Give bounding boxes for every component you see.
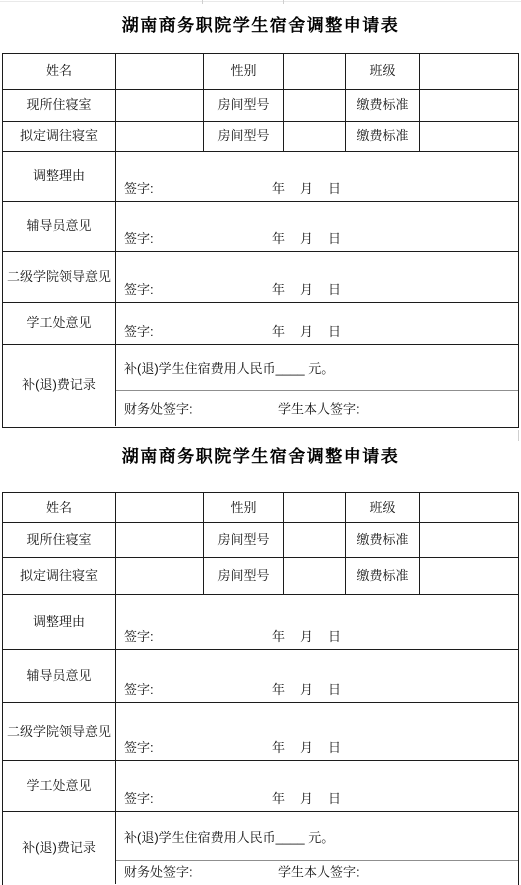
application-form-table: 姓名 性别 班级 现所住寝室 房间型号 缴费标准 拟定调往寝室 房间型号 缴费标… (2, 492, 519, 885)
room-type-value-cell[interactable] (284, 90, 346, 121)
target-dorm-value-cell[interactable] (116, 558, 204, 594)
adjust-reason-label: 调整理由 (3, 152, 116, 201)
signature-line: 签字: 年 月 日 (124, 181, 510, 197)
counselor-opinion-label: 辅导员意见 (3, 202, 116, 251)
table-row: 二级学院领导意见 签字: 年 月 日 (3, 703, 518, 761)
fee-standard-value-cell[interactable] (420, 90, 518, 121)
gender-value-cell[interactable] (284, 54, 346, 89)
current-dorm-label: 现所住寝室 (3, 90, 116, 121)
fee-record-label: 补(退)费记录 (3, 812, 116, 884)
target-dorm-label: 拟定调往寝室 (3, 122, 116, 151)
sign-label: 签字: (124, 282, 154, 298)
sign-label: 签字: (124, 740, 154, 756)
sign-label: 签字: (124, 629, 154, 645)
fee-standard-label: 缴费标准 (346, 90, 420, 121)
fee-standard-label: 缴费标准 (346, 558, 420, 594)
counselor-opinion-input-area[interactable]: 签字: 年 月 日 (116, 202, 518, 251)
fee-amount-line[interactable]: 补(退)学生住宿费用人民币____ 元。 (116, 345, 518, 391)
date-placeholder: 年 月 日 (272, 324, 342, 340)
fee-standard-label: 缴费标准 (346, 122, 420, 151)
current-dorm-value-cell[interactable] (116, 523, 204, 557)
table-row: 拟定调往寝室 房间型号 缴费标准 (3, 122, 518, 152)
sign-label: 签字: (124, 791, 154, 807)
date-placeholder: 年 月 日 (272, 282, 342, 298)
name-label: 姓名 (3, 54, 116, 89)
finance-sign-label: 财务处签字: (124, 399, 193, 418)
class-label: 班级 (346, 54, 420, 89)
date-placeholder: 年 月 日 (272, 231, 342, 247)
room-type-value-cell[interactable] (284, 558, 346, 594)
table-row: 辅导员意见 签字: 年 月 日 (3, 202, 518, 252)
signature-line: 签字: 年 月 日 (124, 282, 510, 298)
date-placeholder: 年 月 日 (272, 682, 342, 698)
date-placeholder: 年 月 日 (272, 791, 342, 807)
counselor-opinion-input-area[interactable]: 签字: 年 月 日 (116, 650, 518, 702)
fee-standard-value-cell[interactable] (420, 558, 518, 594)
class-value-cell[interactable] (420, 54, 518, 89)
signature-line: 签字: 年 月 日 (124, 740, 510, 756)
class-label: 班级 (346, 493, 420, 522)
gridline-tick (202, 0, 203, 4)
student-affairs-opinion-input-area[interactable]: 签字: 年 月 日 (116, 303, 518, 344)
table-row: 学工处意见 签字: 年 月 日 (3, 761, 518, 812)
document-page: 湖南商务职院学生宿舍调整申请表 姓名 性别 班级 现所住寝室 房间型号 缴费标准… (0, 0, 521, 885)
adjust-reason-input-area[interactable]: 签字: 年 月 日 (116, 595, 518, 649)
date-placeholder: 年 月 日 (272, 629, 342, 645)
adjust-reason-label: 调整理由 (3, 595, 116, 649)
fee-signature-area[interactable]: 财务处签字: 学生本人签字: (116, 861, 518, 884)
fee-record-cell: 补(退)学生住宿费用人民币____ 元。 财务处签字: 学生本人签字: (116, 812, 518, 884)
table-row: 补(退)费记录 补(退)学生住宿费用人民币____ 元。 财务处签字: 学生本人… (3, 345, 518, 427)
student-sign-label: 学生本人签字: (278, 862, 360, 881)
table-row: 姓名 性别 班级 (3, 54, 518, 90)
finance-sign-label: 财务处签字: (124, 862, 193, 881)
table-row: 学工处意见 签字: 年 月 日 (3, 303, 518, 345)
room-type-label: 房间型号 (204, 558, 284, 594)
date-placeholder: 年 月 日 (272, 181, 342, 197)
table-row: 调整理由 签字: 年 月 日 (3, 152, 518, 202)
gridline-tick (283, 0, 284, 4)
current-dorm-value-cell[interactable] (116, 90, 204, 121)
room-type-label: 房间型号 (204, 523, 284, 557)
table-row: 现所住寝室 房间型号 缴费标准 (3, 90, 518, 122)
form-title: 湖南商务职院学生宿舍调整申请表 (0, 15, 521, 37)
fee-amount-line[interactable]: 补(退)学生住宿费用人民币____ 元。 (116, 812, 518, 861)
signature-line: 签字: 年 月 日 (124, 629, 510, 645)
room-type-value-cell[interactable] (284, 122, 346, 151)
gender-label: 性别 (204, 54, 284, 89)
signature-line: 签字: 年 月 日 (124, 324, 510, 340)
student-affairs-opinion-input-area[interactable]: 签字: 年 月 日 (116, 761, 518, 811)
college-leader-opinion-input-area[interactable]: 签字: 年 月 日 (116, 703, 518, 760)
form-title: 湖南商务职院学生宿舍调整申请表 (0, 446, 521, 468)
gender-value-cell[interactable] (284, 493, 346, 522)
college-leader-opinion-label: 二级学院领导意见 (3, 252, 116, 302)
table-row: 调整理由 签字: 年 月 日 (3, 595, 518, 650)
signature-line: 签字: 年 月 日 (124, 231, 510, 247)
college-leader-opinion-label: 二级学院领导意见 (3, 703, 116, 760)
class-value-cell[interactable] (420, 493, 518, 522)
signature-line: 签字: 年 月 日 (124, 791, 510, 807)
college-leader-opinion-input-area[interactable]: 签字: 年 月 日 (116, 252, 518, 302)
table-row: 拟定调往寝室 房间型号 缴费标准 (3, 558, 518, 595)
fee-record-cell: 补(退)学生住宿费用人民币____ 元。 财务处签字: 学生本人签字: (116, 345, 518, 427)
fee-standard-label: 缴费标准 (346, 523, 420, 557)
student-affairs-opinion-label: 学工处意见 (3, 303, 116, 344)
table-row: 现所住寝室 房间型号 缴费标准 (3, 523, 518, 558)
sign-label: 签字: (124, 231, 154, 247)
fee-signature-area[interactable]: 财务处签字: 学生本人签字: (116, 391, 518, 427)
sign-label: 签字: (124, 181, 154, 197)
signature-line: 签字: 年 月 日 (124, 682, 510, 698)
fee-record-label: 补(退)费记录 (3, 345, 116, 427)
sign-label: 签字: (124, 324, 154, 340)
name-value-cell[interactable] (116, 493, 204, 522)
gridline-top (0, 1, 521, 2)
student-affairs-opinion-label: 学工处意见 (3, 761, 116, 811)
table-row: 辅导员意见 签字: 年 月 日 (3, 650, 518, 703)
target-dorm-value-cell[interactable] (116, 122, 204, 151)
gender-label: 性别 (204, 493, 284, 522)
student-sign-label: 学生本人签字: (278, 399, 360, 418)
fee-standard-value-cell[interactable] (420, 523, 518, 557)
target-dorm-label: 拟定调往寝室 (3, 558, 116, 594)
room-type-value-cell[interactable] (284, 523, 346, 557)
name-label: 姓名 (3, 493, 116, 522)
sign-label: 签字: (124, 682, 154, 698)
table-row: 二级学院领导意见 签字: 年 月 日 (3, 252, 518, 303)
table-row: 补(退)费记录 补(退)学生住宿费用人民币____ 元。 财务处签字: 学生本人… (3, 812, 518, 884)
fee-standard-value-cell[interactable] (420, 122, 518, 151)
name-value-cell[interactable] (116, 54, 204, 89)
room-type-label: 房间型号 (204, 122, 284, 151)
gridline-tick (518, 430, 519, 441)
date-placeholder: 年 月 日 (272, 740, 342, 756)
counselor-opinion-label: 辅导员意见 (3, 650, 116, 702)
current-dorm-label: 现所住寝室 (3, 523, 116, 557)
room-type-label: 房间型号 (204, 90, 284, 121)
application-form-table: 姓名 性别 班级 现所住寝室 房间型号 缴费标准 拟定调往寝室 房间型号 缴费标… (2, 53, 519, 428)
table-row: 姓名 性别 班级 (3, 493, 518, 523)
adjust-reason-input-area[interactable]: 签字: 年 月 日 (116, 152, 518, 201)
